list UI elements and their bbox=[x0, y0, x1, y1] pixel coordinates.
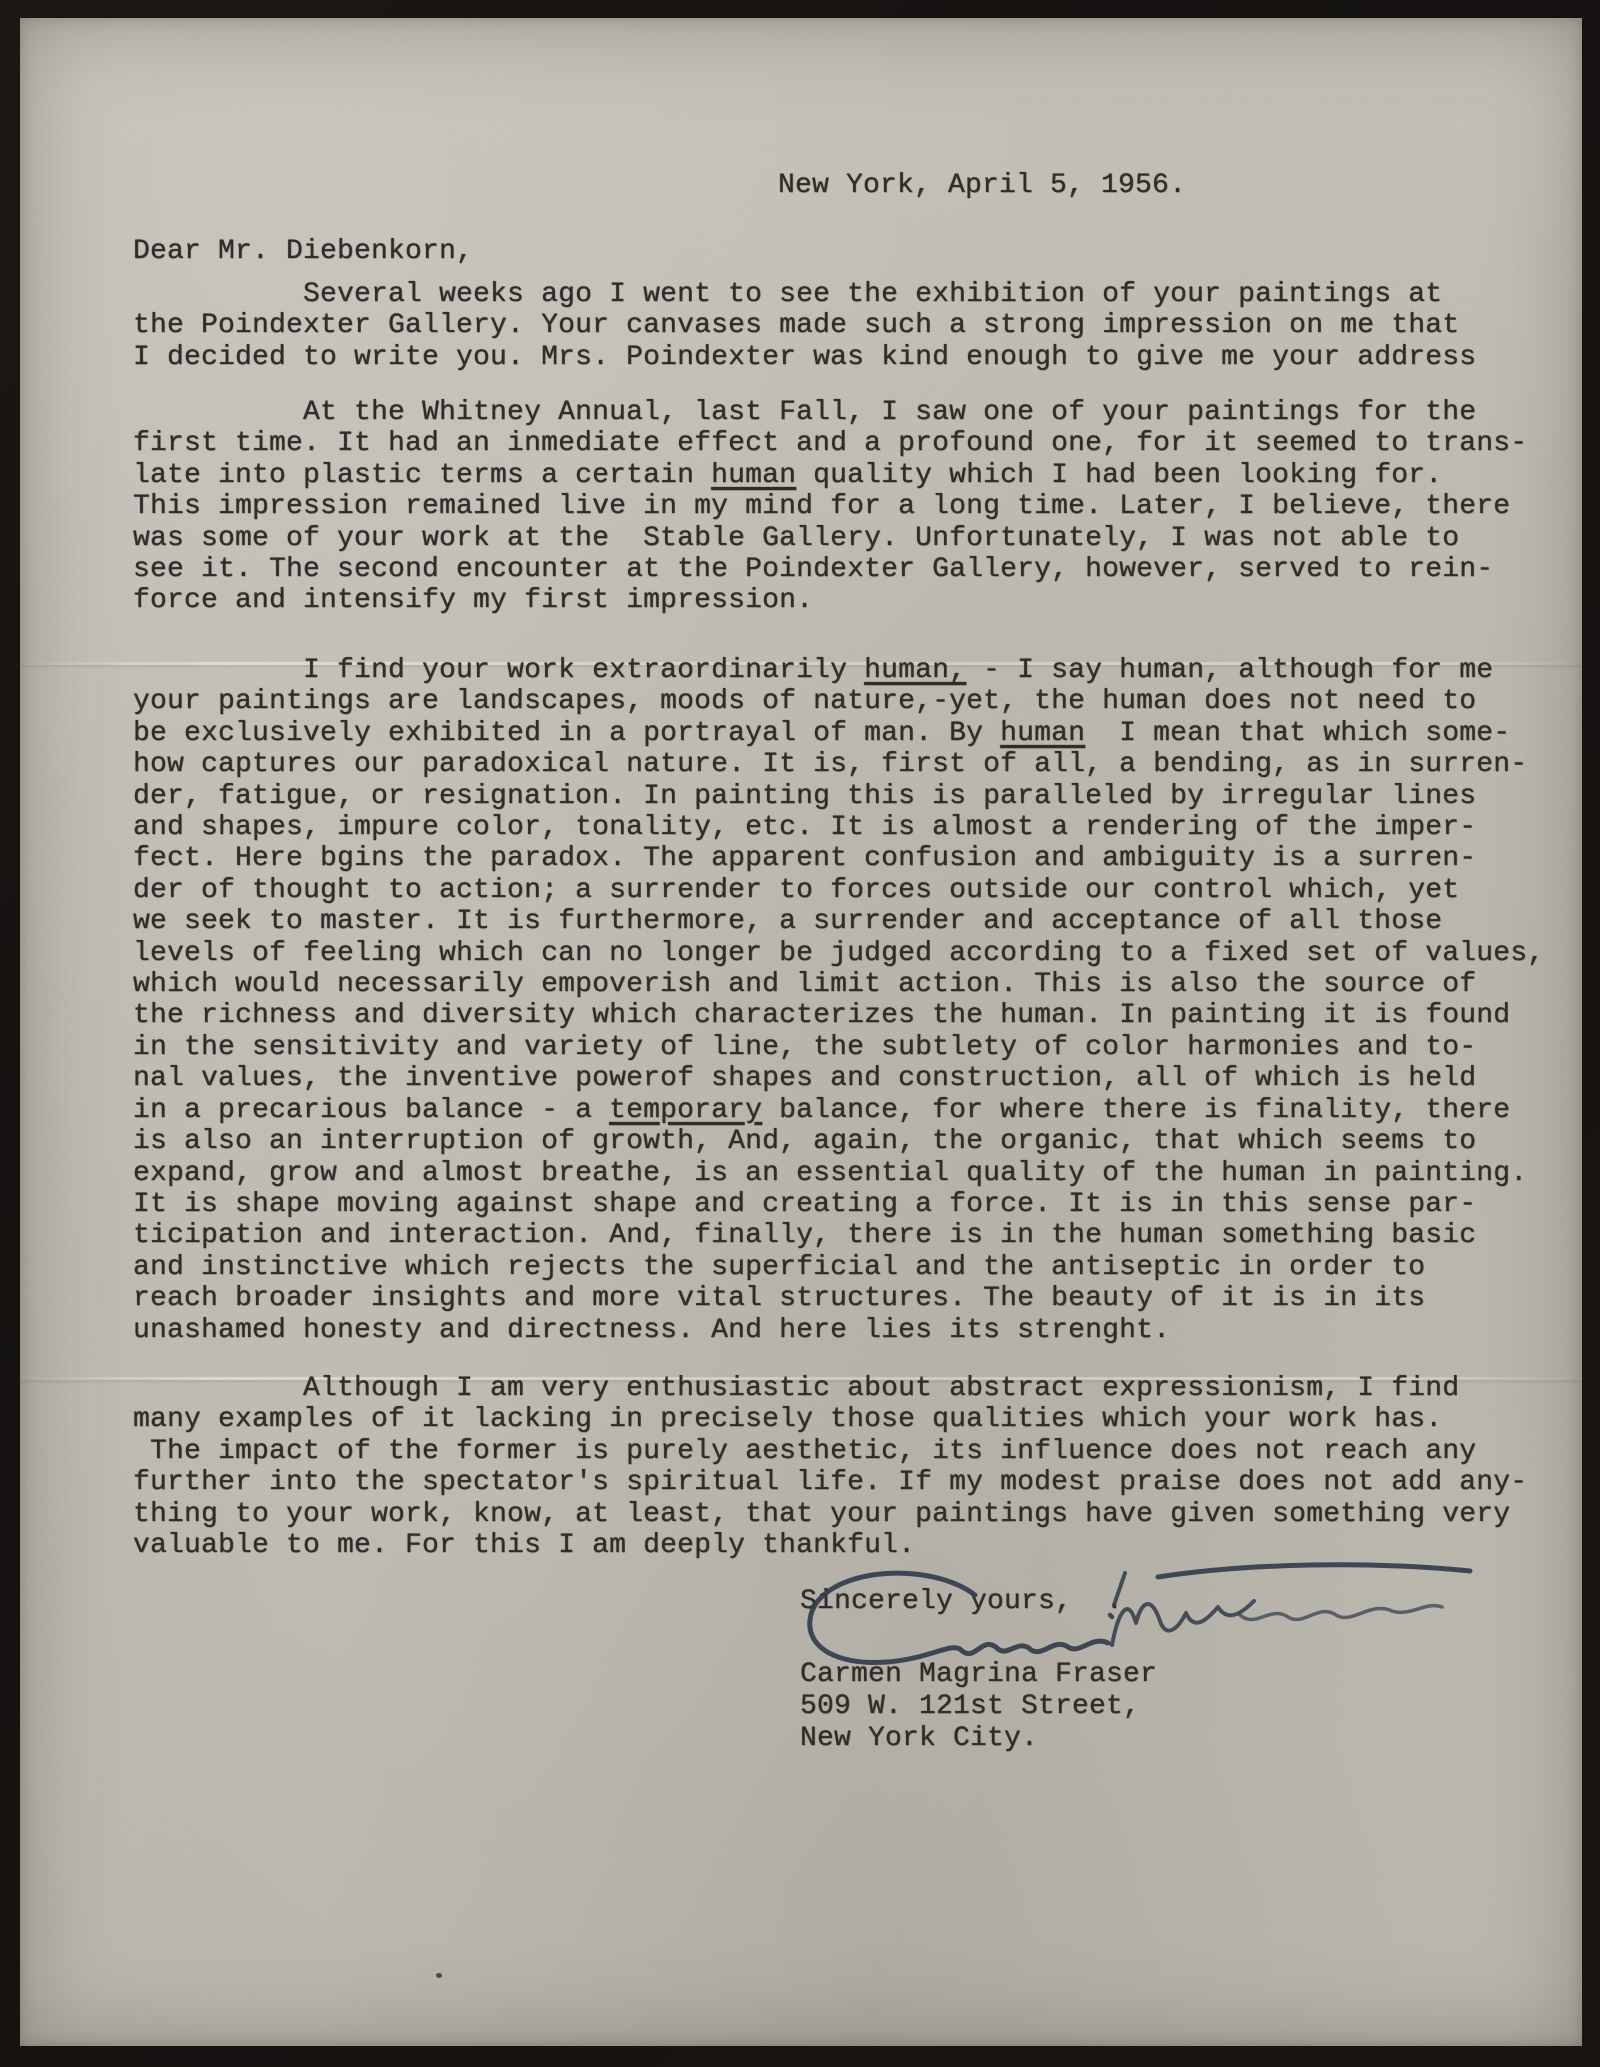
address-line: 509 W. 121st Street, bbox=[800, 1691, 1140, 1722]
typed-signature-name: Carmen Magrina Fraser bbox=[800, 1659, 1157, 1690]
date-line: New York, April 5, 1956. bbox=[778, 170, 1186, 201]
page-frame: New York, April 5, 1956. Dear Mr. Dieben… bbox=[0, 0, 1600, 2067]
letter-paragraph-3: I find your work extraordinarily human, … bbox=[133, 655, 1544, 1346]
ink-speck bbox=[436, 1973, 442, 1978]
letter-paragraph-1: Several weeks ago I went to see the exhi… bbox=[133, 279, 1476, 373]
city-line: New York City. bbox=[800, 1723, 1038, 1754]
letter-paragraph-2: At the Whitney Annual, last Fall, I saw … bbox=[133, 397, 1527, 617]
letter-paragraph-4: Although I am very enthusiastic about ab… bbox=[133, 1373, 1527, 1561]
salutation: Dear Mr. Diebenkorn, bbox=[133, 236, 473, 267]
